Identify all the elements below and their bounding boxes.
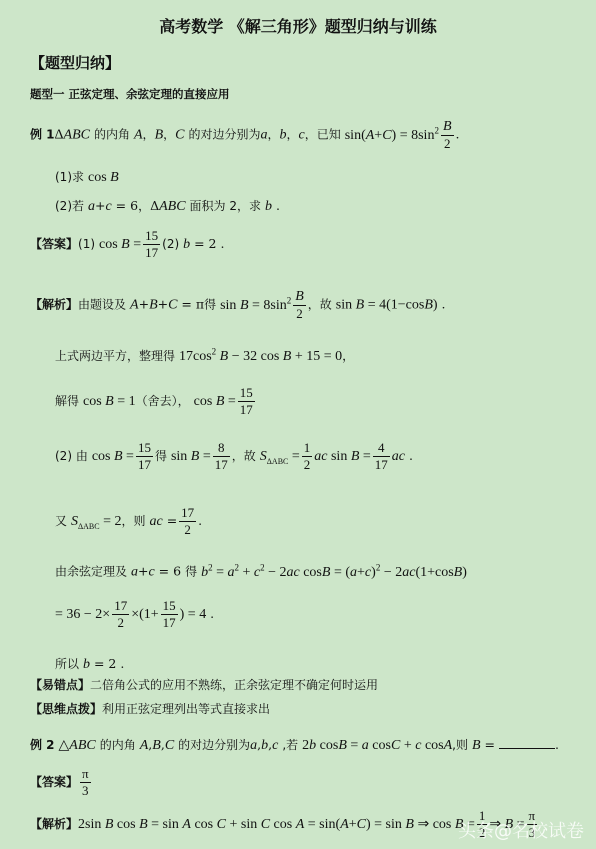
page-title: 高考数学 《解三角形》题型归纳与训练 (0, 14, 596, 37)
example1-analysis-line5: 又 SΔABC = 2，则 ac =172. (55, 505, 202, 538)
answer-blank (499, 736, 555, 749)
example1-label: 例 1 (30, 128, 55, 142)
example1-q2: (2)若 a+c = 6，ΔABC 面积为 2，求 b . (55, 197, 280, 215)
example2-answer: 【答案】π3 (30, 766, 93, 799)
example1-analysis-line4: (2) 由 cos B =1517得 sin B =817，故 SΔABC =1… (55, 440, 413, 473)
example1-answer: 【答案】(1) cos B =1517(2) b = 2 . (30, 228, 224, 261)
watermark: 头条@名校试卷 (458, 817, 584, 843)
example2-label: 例 2 (30, 738, 55, 752)
example1-analysis-line6: 由余弦定理及 a+c = 6 得 b2 = a2 + c2 − 2ac cosB… (55, 562, 467, 581)
analysis-tag: 【解析】 (30, 298, 78, 312)
answer-tag: 【答案】 (30, 237, 78, 251)
example1-q1: (1)求 cos B (55, 168, 119, 186)
example1-analysis-line7: = 36 − 2×172×(1+1517) = 4 . (55, 598, 214, 631)
example1-stem: 例 1ΔABC 的内角 A，B，C 的对边分别为a，b，c，已知 sin(A+C… (30, 118, 460, 152)
example1-pitfall: 【易错点】二倍角公式的应用不熟练，正余弦定理不确定何时运用 (30, 676, 378, 693)
example1-analysis-line1: 【解析】由题设及 A+B+C = π得 sin B = 8sin2B2，故 si… (30, 288, 446, 322)
example1-analysis-line8: 所以 b = 2 . (55, 655, 124, 673)
example1-tip: 【思维点拨】利用正弦定理列出等式直接求出 (30, 700, 270, 717)
example2-stem: 例 2 △ABC 的内角 A,B,C 的对边分别为a,b,c ,若 2b cos… (30, 736, 559, 754)
example1-analysis-line3: 解得 cos B = 1（舍去）， cos B =1517 (55, 385, 257, 418)
section-heading: 【题型归纳】 (30, 52, 120, 73)
example1-analysis-line2: 上式两边平方，整理得 17cos2 B − 32 cos B + 15 = 0， (55, 346, 355, 365)
type-heading: 题型一 正弦定理、余弦定理的直接应用 (30, 86, 230, 102)
